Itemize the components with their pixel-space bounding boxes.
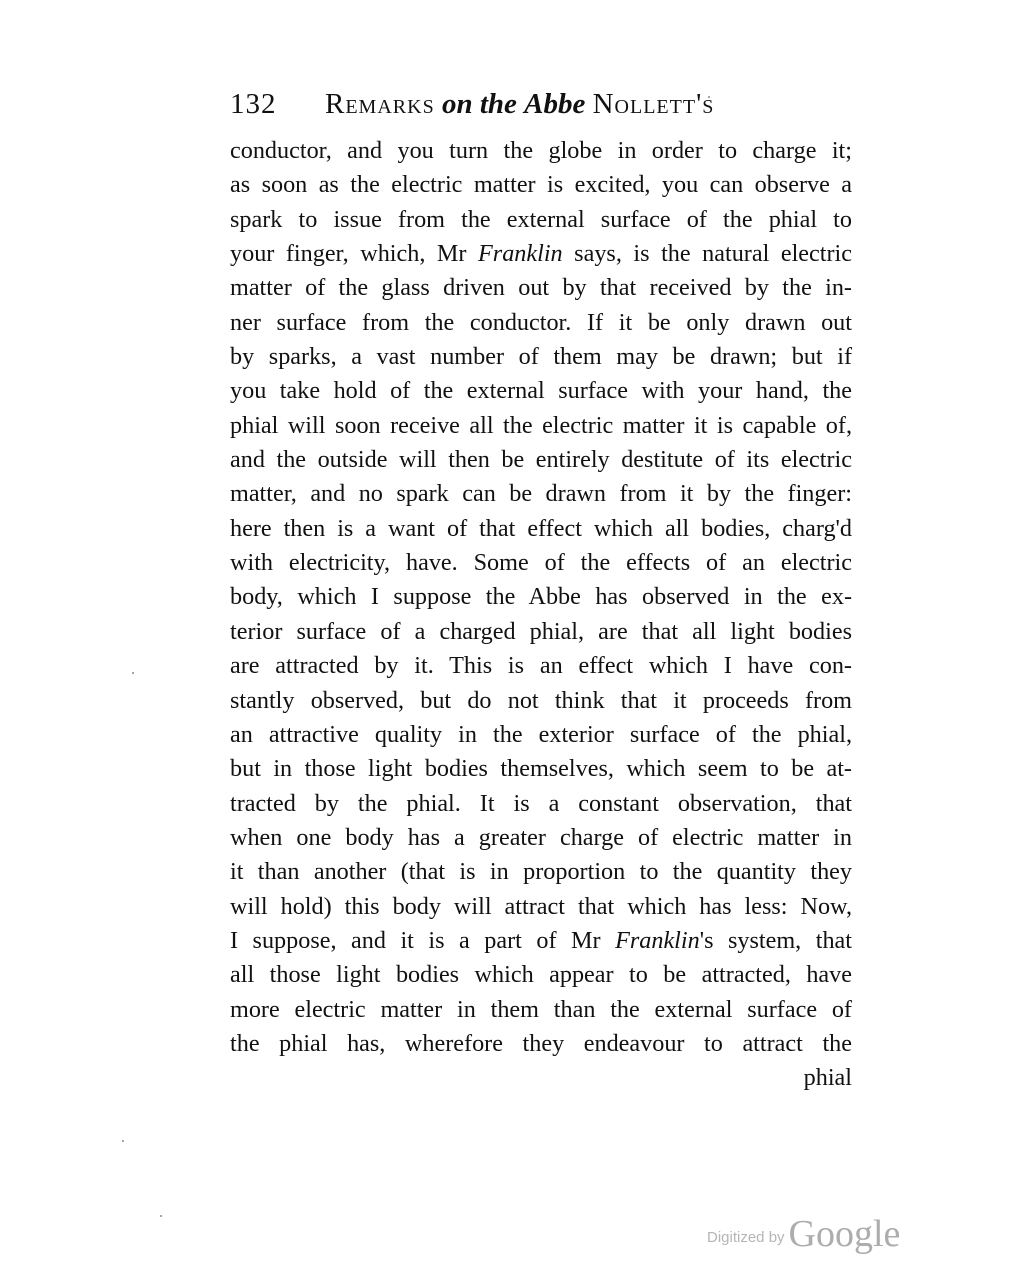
text-line: matter of the glass driven out by that r… [230,271,852,305]
text-line: spark to issue from the external surface… [230,203,852,237]
text-line: body, which I suppose the Abbe has obser… [230,580,852,614]
text-line: ner surface from the conductor. If it be… [230,306,852,340]
page-header: 132 Remarks on the Abbe Nollett's [230,88,860,128]
text-line: will hold) this body will attract that w… [230,890,852,924]
text-line: phial will soon receive all the electric… [230,409,852,443]
text-line: and the outside will then be entirely de… [230,443,852,477]
text-line: by sparks, a vast number of them may be … [230,340,852,374]
digitized-by-google-watermark: Digitized by Google [707,1212,900,1256]
text-line: as soon as the electric matter is excite… [230,168,852,202]
text-segment: I suppose, and it is a part of Mr [230,927,615,954]
watermark-prefix: Digitized by [707,1229,785,1246]
text-line: here then is a want of that effect which… [230,512,852,546]
google-logo: Google [789,1213,901,1255]
italic-name: Franklin [478,240,563,267]
text-line: you take hold of the external surface wi… [230,374,852,408]
text-line: tracted by the phial. It is a constant o… [230,787,852,821]
running-head-nollett: Nollett's [593,88,715,120]
scan-speck [132,672,134,674]
italic-name: Franklin [615,927,700,954]
text-line: the phial has, wherefore they endeavour … [230,1027,852,1061]
body-text: conductor, and you turn the globe in ord… [230,134,852,1096]
catchword: phial [230,1061,852,1095]
text-line: terior surface of a charged phial, are t… [230,615,852,649]
text-line: all those light bodies which appear to b… [230,958,852,992]
text-line: your finger, which, Mr Franklin says, is… [230,237,852,271]
text-line: I suppose, and it is a part of Mr Frankl… [230,924,852,958]
text-line: more electric matter in them than the ex… [230,993,852,1027]
running-head-abbe: Abbe [524,88,585,120]
book-page: 132 Remarks on the Abbe Nollett's conduc… [0,0,1014,1282]
scan-speck [160,1215,162,1217]
page-number: 132 [230,88,277,121]
text-line: with electricity, have. Some of the effe… [230,546,852,580]
scan-speck [122,1140,124,1142]
text-segment: says, is the natural electric [563,240,852,267]
text-line: it than another (that is in proportion t… [230,855,852,889]
text-line: when one body has a greater charge of el… [230,821,852,855]
text-segment: 's system, that [700,927,852,954]
running-head-remarks: Remarks [325,88,435,120]
text-line: conductor, and you turn the globe in ord… [230,134,852,168]
text-segment: your finger, which, Mr [230,240,478,267]
running-head: Remarks on the Abbe Nollett's [325,88,714,121]
text-line: but in those light bodies themselves, wh… [230,752,852,786]
text-line: an attractive quality in the exterior su… [230,718,852,752]
scan-speck [708,96,710,98]
text-line: matter, and no spark can be drawn from i… [230,477,852,511]
running-head-on-the: on the [442,88,517,120]
text-line: stantly observed, but do not think that … [230,684,852,718]
text-line: are attracted by it. This is an effect w… [230,649,852,683]
